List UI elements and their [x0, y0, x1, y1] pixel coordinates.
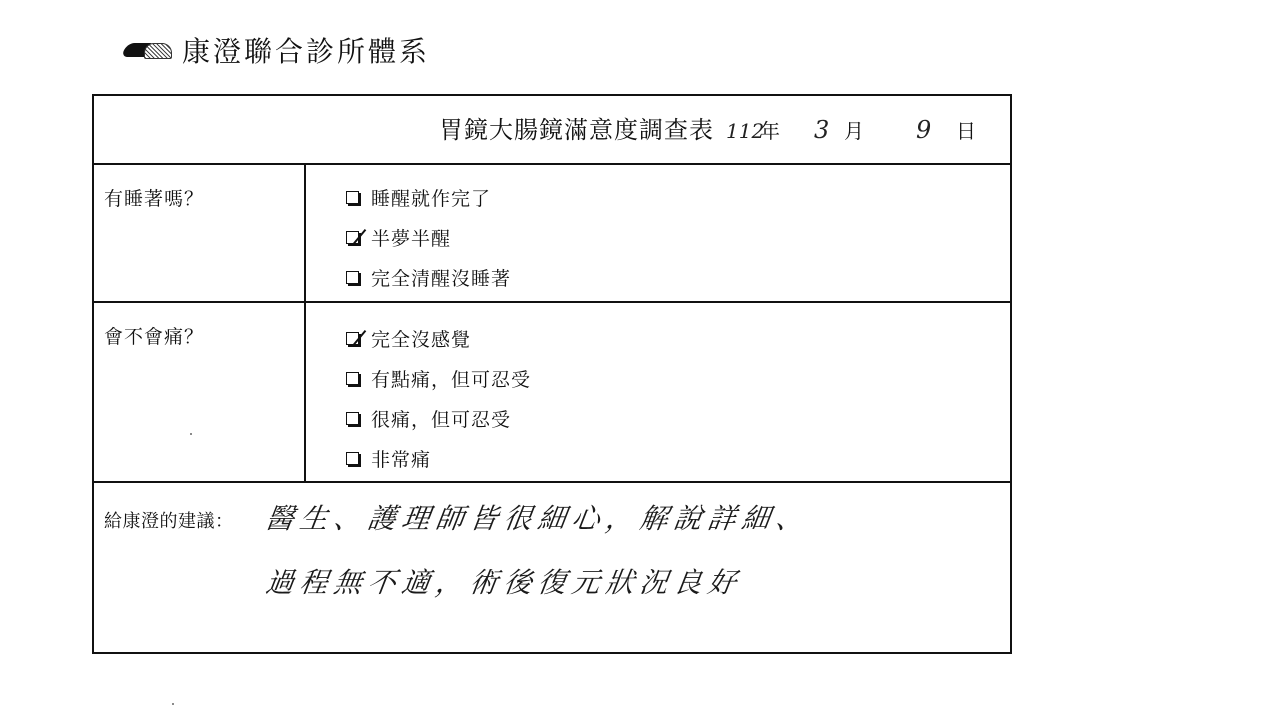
satisfaction-survey-form: 胃鏡大腸鏡滿意度調查表 112 年 3 月 9 日 有睡著嗎？ 睡醒就作完了: [92, 94, 1012, 654]
question-label-cell: 會不會痛？: [94, 303, 306, 481]
question-label-cell: 有睡著嗎？: [94, 165, 306, 301]
title-line: 胃鏡大腸鏡滿意度調查表 112 年 3 月 9 日: [439, 110, 976, 145]
checkbox-checked-icon[interactable]: [346, 332, 359, 345]
question-pain-row: 會不會痛？ 完全沒感覺 有點痛，但可忍受 很痛，但可忍受 非: [94, 303, 1010, 483]
question-pain-label: 會不會痛？: [104, 322, 204, 349]
option-half-asleep[interactable]: 半夢半醒: [346, 217, 511, 257]
option-label: 睡醒就作完了: [371, 184, 491, 211]
pain-options: 完全沒感覺 有點痛，但可忍受 很痛，但可忍受 非常痛: [346, 318, 531, 478]
clinic-logo-icon: [124, 39, 172, 61]
scan-speck: [190, 433, 192, 435]
option-label: 非常痛: [371, 445, 431, 472]
checkbox-checked-icon[interactable]: [346, 231, 359, 244]
clinic-name: 康澄聯合診所體系: [182, 30, 430, 70]
option-no-feeling[interactable]: 完全沒感覺: [346, 318, 531, 358]
option-label: 完全沒感覺: [371, 325, 471, 352]
date-day-field[interactable]: 9: [916, 116, 946, 144]
option-fully-awake[interactable]: 完全清醒沒睡著: [346, 257, 511, 297]
option-label: 很痛，但可忍受: [371, 405, 511, 432]
clinic-header: 康澄聯合診所體系: [124, 30, 430, 70]
checkbox-unchecked-icon[interactable]: [346, 452, 359, 465]
option-very-painful-tolerable[interactable]: 很痛，但可忍受: [346, 398, 531, 438]
month-label: 月: [844, 115, 864, 144]
option-label: 完全清醒沒睡著: [371, 264, 511, 291]
option-extremely-painful[interactable]: 非常痛: [346, 438, 531, 478]
option-label: 半夢半醒: [371, 224, 451, 251]
handwritten-suggestion-line-1[interactable]: 醫生、護理師皆很細心，解說詳細、: [263, 497, 813, 537]
form-title-row: 胃鏡大腸鏡滿意度調查表 112 年 3 月 9 日: [94, 96, 1010, 165]
option-label: 有點痛，但可忍受: [371, 365, 531, 392]
date-year-field[interactable]: 112: [726, 119, 760, 143]
question-sleep-label: 有睡著嗎？: [104, 184, 204, 211]
year-label: 年: [760, 115, 780, 144]
checkbox-unchecked-icon[interactable]: [346, 271, 359, 284]
date-month-field[interactable]: 3: [814, 116, 844, 144]
checkbox-unchecked-icon[interactable]: [346, 412, 359, 425]
checkbox-unchecked-icon[interactable]: [346, 372, 359, 385]
form-title: 胃鏡大腸鏡滿意度調查表: [439, 110, 714, 145]
suggestion-label: 給康澄的建議：: [104, 507, 234, 533]
question-sleep-row: 有睡著嗎？ 睡醒就作完了 半夢半醒 完全清醒沒睡著: [94, 165, 1010, 303]
suggestion-row: 給康澄的建議： 醫生、護理師皆很細心，解說詳細、 過程無不適，術後復元狀況良好: [94, 483, 1010, 652]
sleep-options: 睡醒就作完了 半夢半醒 完全清醒沒睡著: [346, 177, 511, 297]
option-slight-pain[interactable]: 有點痛，但可忍受: [346, 358, 531, 398]
checkbox-unchecked-icon[interactable]: [346, 191, 359, 204]
day-label: 日: [956, 115, 976, 144]
scan-speck: [172, 703, 174, 705]
survey-page: 康澄聯合診所體系 胃鏡大腸鏡滿意度調查表 112 年 3 月 9 日 有睡著嗎？…: [0, 0, 1280, 720]
handwritten-suggestion-line-2[interactable]: 過程無不適，術後復元狀況良好: [263, 561, 745, 601]
option-awake-done[interactable]: 睡醒就作完了: [346, 177, 511, 217]
